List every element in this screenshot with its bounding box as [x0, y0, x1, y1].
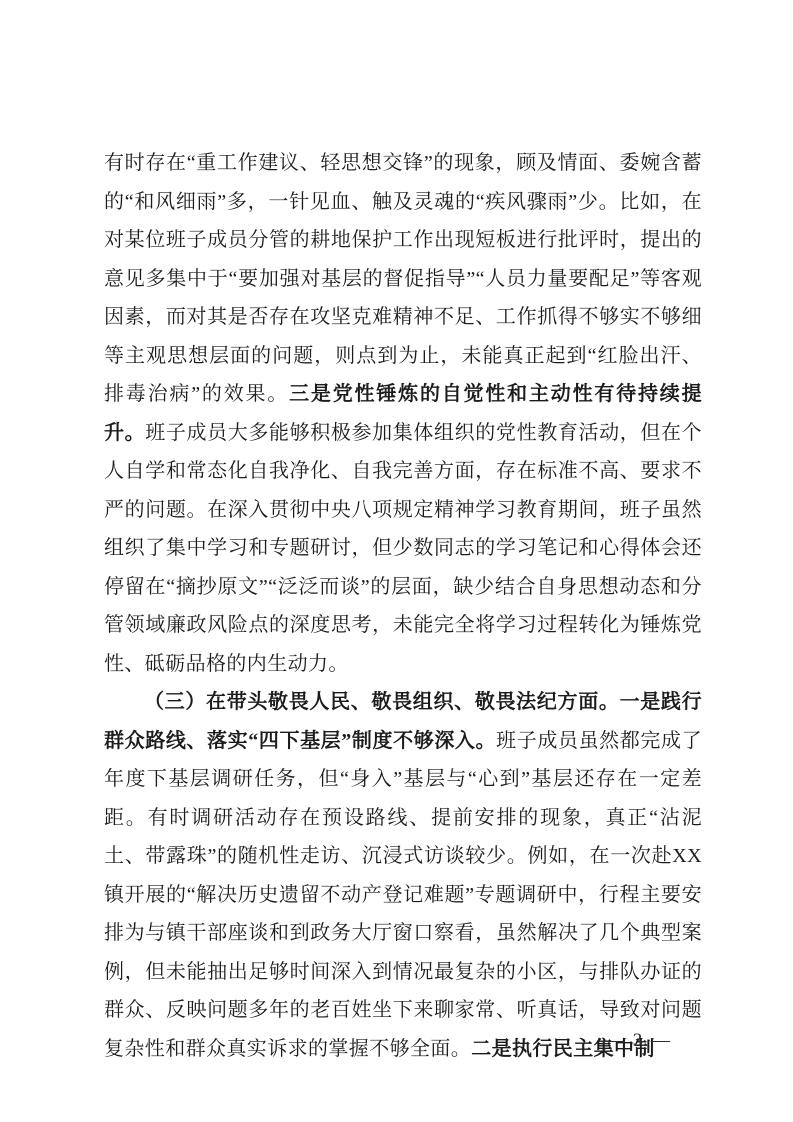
text-run: 班子成员大多能够积极参加集体组织的党性教育活动，但在个人自学和常态化自我净化、自…: [104, 422, 702, 675]
paragraph: 有时存在“重工作建议、轻思想交锋”的现象，顾及情面、委婉含蓄的“和风细雨”多，一…: [104, 144, 702, 683]
document-body: 有时存在“重工作建议、轻思想交锋”的现象，顾及情面、委婉含蓄的“和风细雨”多，一…: [104, 144, 702, 1068]
text-run: 班子成员虽然都完成了年度下基层调研任务，但“身入”基层与“心到”基层还存在一定差…: [104, 730, 702, 1060]
paragraph: （三）在带头敬畏人民、敬畏组织、敬畏法纪方面。一是践行群众路线、落实“四下基层”…: [104, 683, 702, 1068]
document-page: 有时存在“重工作建议、轻思想交锋”的现象，顾及情面、委婉含蓄的“和风细雨”多，一…: [0, 0, 793, 1122]
section-heading-run: （三）在带头敬畏人民、敬畏组织、敬畏法纪方面。: [144, 691, 620, 713]
text-run: 有时存在“重工作建议、轻思想交锋”的现象，顾及情面、委婉含蓄的“和风细雨”多，一…: [104, 152, 702, 405]
page-number: — 3 —: [605, 1030, 672, 1052]
